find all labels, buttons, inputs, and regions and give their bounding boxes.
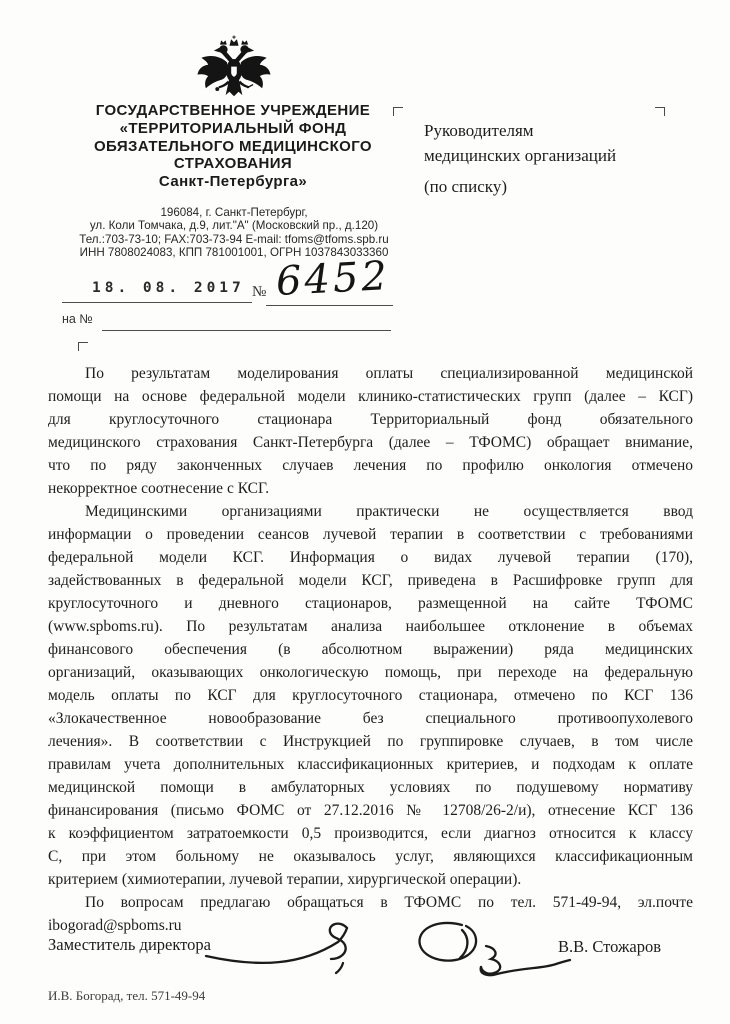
body-line: круглосуточного и дневного стационаров, … — [48, 592, 693, 615]
body-line: помощи на основе федеральной модели клин… — [48, 385, 693, 408]
recipient-block: Руководителям медицинских организаций — [424, 118, 616, 168]
body-line: медицинского страхования Санкт-Петербург… — [48, 431, 693, 454]
body-line: некорректное соотнесение с КСГ. — [48, 477, 693, 500]
letter-body: По результатам моделирования оплаты спец… — [48, 362, 693, 937]
date-underline — [62, 302, 252, 303]
handwritten-signature-icon — [200, 908, 620, 986]
org-name-line: «ТЕРРИТОРИАЛЬНЫЙ ФОНД — [58, 120, 408, 138]
body-line: критерием (химиотерапии, лучевой терапии… — [48, 868, 693, 891]
body-line: что по ряду законченных случаев лечения … — [48, 454, 693, 477]
scanned-letter-page: ГОСУДАРСТВЕННОЕ УЧРЕЖДЕНИЕ«ТЕРРИТОРИАЛЬН… — [0, 0, 730, 1024]
body-line: лечения». В соответствии с Инструкцией п… — [48, 730, 693, 753]
body-line: По результатам моделирования оплаты спец… — [48, 362, 693, 385]
reply-number-label: на № — [62, 312, 93, 326]
date-stamp: 18. 08. 2017 — [92, 280, 245, 296]
body-line: задействованных в федеральной модели КСГ… — [48, 569, 693, 592]
body-line: федеральной модели КСГ. Информация о вид… — [48, 546, 693, 569]
address-line: ул. Коли Томчака, д.9, лит."А" (Московск… — [48, 219, 420, 232]
body-line: финансирования (письмо ФОМС от 27.12.201… — [48, 799, 693, 822]
corner-mark-recipient-left — [393, 107, 403, 116]
org-name-line: ОБЯЗАТЕЛЬНОГО МЕДИЦИНСКОГО — [58, 138, 408, 156]
double-headed-eagle-icon — [196, 34, 272, 100]
signature-role: Заместитель директора — [48, 935, 211, 955]
body-line: (www.spboms.ru). По результатам анализа … — [48, 615, 693, 638]
body-line: к коэффициентом затратоемкости 0,5 произ… — [48, 822, 693, 845]
body-line: «Злокачественное новообразование без спе… — [48, 707, 693, 730]
org-name-line: СТРАХОВАНИЯ — [58, 155, 408, 173]
signature-name: В.В. Стожаров — [558, 937, 661, 957]
recipient-note: (по списку) — [424, 177, 507, 197]
reply-number-underline — [102, 330, 391, 331]
body-line: финансового обеспечения (в абсолютном вы… — [48, 638, 693, 661]
address-block: 196084, г. Санкт-Петербург,ул. Коли Томч… — [48, 206, 420, 259]
body-line: Медицинскими организациями практически н… — [48, 500, 693, 523]
outgoing-number-handwritten: 6452 — [275, 253, 391, 305]
address-line: 196084, г. Санкт-Петербург, — [48, 206, 420, 219]
body-line: медицинской помощи в амбулаторных услови… — [48, 776, 693, 799]
corner-mark-recipient-right — [655, 107, 665, 116]
org-name-line: Санкт-Петербурга» — [58, 173, 408, 191]
org-name: ГОСУДАРСТВЕННОЕ УЧРЕЖДЕНИЕ«ТЕРРИТОРИАЛЬН… — [58, 102, 408, 191]
body-line: информации о проведении сеансов лучевой … — [48, 523, 693, 546]
org-name-line: ГОСУДАРСТВЕННОЕ УЧРЕЖДЕНИЕ — [58, 102, 408, 120]
body-line: правилам учета дополнительных классифика… — [48, 753, 693, 776]
body-line: для круглосуточного стационара Территори… — [48, 408, 693, 431]
coat-of-arms-emblem — [196, 34, 272, 105]
recipient-line: медицинских организаций — [424, 143, 616, 168]
body-line: организаций, оказывающих онкологическую … — [48, 661, 693, 684]
number-label: № — [252, 284, 266, 301]
executor-note: И.В. Богорад, тел. 571-49-94 — [48, 988, 205, 1004]
body-line: модель оплаты по КСГ для круглосуточного… — [48, 684, 693, 707]
address-line: Тел.:703-73-10; FAX:703-73-94 E-mail: tf… — [48, 233, 420, 246]
body-line: С, при этом больному не оказывалось услу… — [48, 845, 693, 868]
signature-scrawl — [200, 908, 620, 991]
corner-mark-body-left — [78, 342, 88, 351]
number-underline — [266, 305, 393, 306]
recipient-line: Руководителям — [424, 118, 616, 143]
